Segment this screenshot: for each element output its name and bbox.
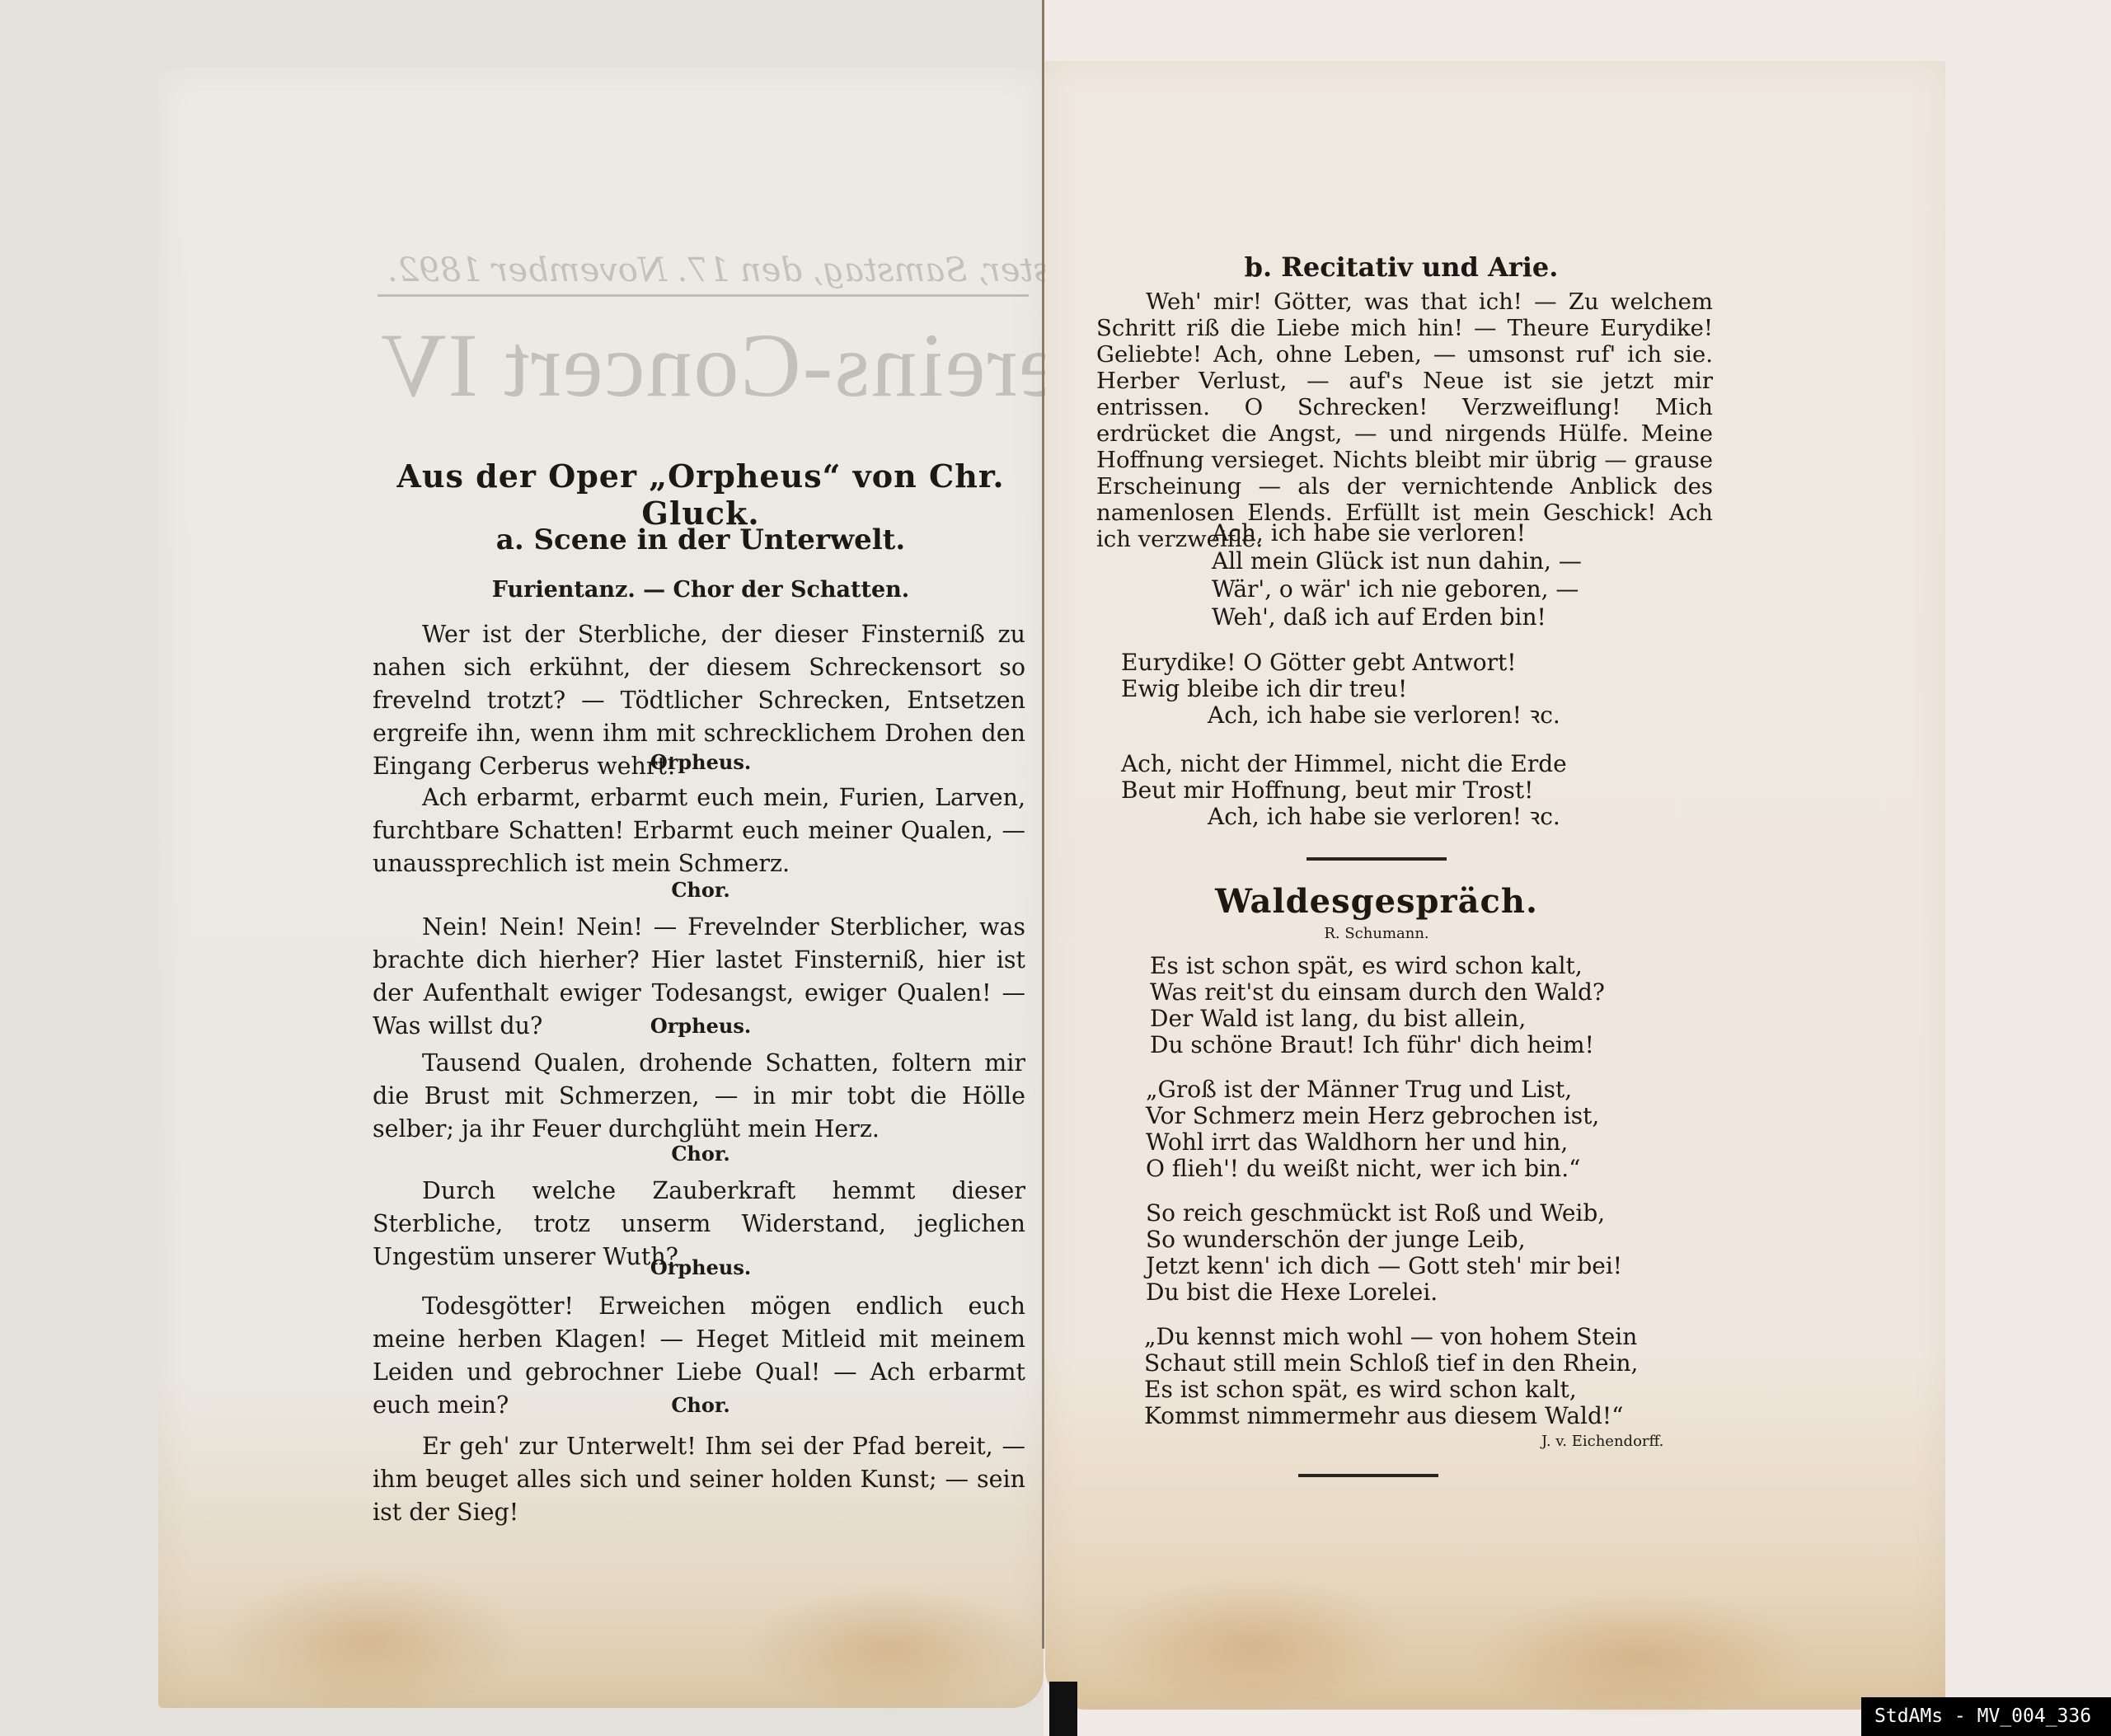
verse-line: Schaut still mein Schloß tief in den Rhe… <box>1144 1349 1638 1377</box>
verse-line: Ewig bleibe ich dir treu! <box>1121 675 1407 703</box>
verse-line: Es ist schon spät, es wird schon kalt, <box>1144 1376 1577 1404</box>
verse-line: Der Wald ist lang, du bist allein, <box>1150 1005 1526 1033</box>
bleed-through-date: Münster, Samstag, den 17. November 1892. <box>387 251 1127 289</box>
section-a-subheading: Furientanz. — Chor der Schatten. <box>363 577 1039 603</box>
verse-line: Was reit'st du einsam durch den Wald? <box>1150 978 1605 1006</box>
water-stain <box>1467 1591 1813 1723</box>
verse-line: All mein Glück ist nun dahin, — <box>1212 547 1582 575</box>
book-gutter <box>1042 0 1044 1649</box>
verse-line: So wunderschön der junge Leib, <box>1146 1226 1526 1254</box>
speaker-label: Orpheus. <box>363 750 1039 774</box>
verse-line: Du bist die Hexe Lorelei. <box>1146 1279 1438 1307</box>
verse-line: O flieh'! du weißt nicht, wer ich bin.“ <box>1146 1155 1580 1183</box>
archive-label: StdAMs - MV_004_336 <box>1861 1697 2111 1736</box>
water-stain <box>1096 1574 1410 1715</box>
verse-line: Jetzt kenn' ich dich — Gott steh' mir be… <box>1146 1252 1622 1280</box>
verse-line: Du schöne Braut! Ich führ' dich heim! <box>1150 1031 1594 1059</box>
verse-line: Es ist schon spät, es wird schon kalt, <box>1150 952 1583 980</box>
verse-line: Ach, ich habe sie verloren! <box>1212 519 1526 547</box>
verse-line: Ach, ich habe sie verloren! ꝛc. <box>1208 803 1560 831</box>
poet-credit: J. v. Eichendorff. <box>1541 1433 1663 1450</box>
bleed-through-rule <box>378 294 1029 297</box>
orpheus-paragraph: Ach erbarmt, erbarmt euch mein, Furien, … <box>373 781 1025 880</box>
section-b-heading: b. Recitativ und Arie. <box>1072 251 1731 283</box>
speaker-label: Orpheus. <box>363 1255 1039 1279</box>
verse-line: Weh', daß ich auf Erden bin! <box>1212 603 1546 631</box>
verse-line: Beut mir Hoffnung, beut mir Trost! <box>1121 777 1533 805</box>
verse-line: Eurydike! O Götter gebt Antwort! <box>1121 649 1516 677</box>
verse-line: So reich geschmückt ist Roß und Weib, <box>1146 1199 1605 1227</box>
verse-line: Wohl irrt das Waldhorn her und hin, <box>1146 1128 1568 1157</box>
orpheus-paragraph: Tausend Qualen, drohende Schatten, folte… <box>373 1047 1025 1146</box>
verse-line: Ach, nicht der Himmel, nicht die Erde <box>1121 750 1567 778</box>
verse-line: Kommst nimmermehr aus diesem Wald!“ <box>1144 1402 1623 1430</box>
recitativ-paragraph: Weh' mir! Götter, was that ich! — Zu wel… <box>1096 289 1713 552</box>
opera-title: Aus der Oper „Orpheus“ von Chr. Gluck. <box>363 457 1039 532</box>
verse-line: Vor Schmerz mein Herz gebrochen ist, <box>1146 1102 1599 1130</box>
verse-line: Wär', o wär' ich nie geboren, — <box>1212 575 1579 603</box>
verse-line: „Groß ist der Männer Trug und List, <box>1146 1076 1572 1104</box>
water-stain <box>742 1583 1039 1715</box>
composer-credit: R. Schumann. <box>1121 925 1632 942</box>
speaker-label: Orpheus. <box>363 1014 1039 1038</box>
verse-line: Ach, ich habe sie verloren! ꝛc. <box>1208 701 1560 730</box>
chorus-paragraph: Er geh' zur Unterwelt! Ihm sei der Pfad … <box>373 1430 1025 1529</box>
speaker-label: Chor. <box>363 1393 1039 1417</box>
speaker-label: Chor. <box>363 1142 1039 1166</box>
song-title: Waldesgespräch. <box>1121 882 1632 921</box>
verse-line: „Du kennst mich wohl — von hohem Stein <box>1144 1323 1637 1351</box>
section-divider <box>1298 1474 1438 1477</box>
water-stain <box>214 1566 528 1715</box>
section-divider <box>1306 857 1447 861</box>
section-a-heading: a. Scene in der Unterwelt. <box>363 523 1039 556</box>
bleed-through-title: Vereins-Concert IV <box>379 313 1116 418</box>
speaker-label: Chor. <box>363 878 1039 902</box>
book-spine-shadow <box>1049 1682 1077 1736</box>
